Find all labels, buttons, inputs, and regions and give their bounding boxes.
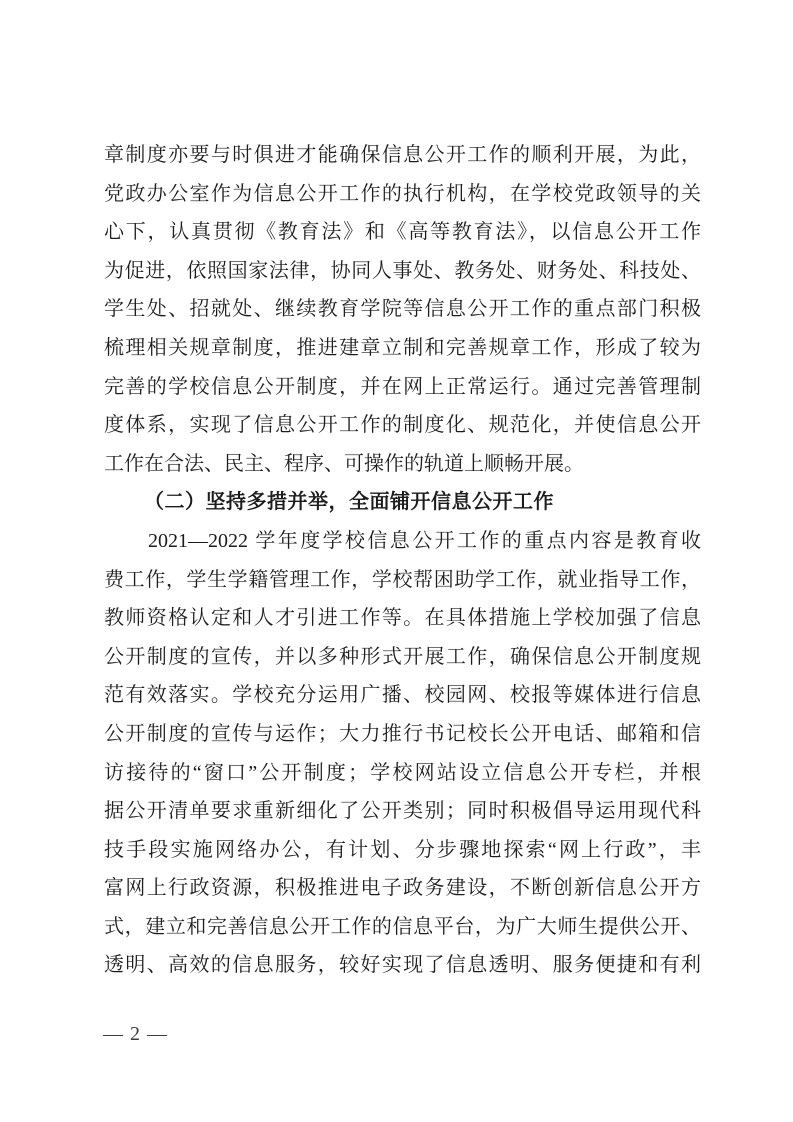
text-line: 式，建立和完善信息公开工作的信息平台，为广大师生提供公开、: [104, 908, 701, 947]
text-line: 透明、高效的信息服务，较好实现了信息透明、服务便捷和有利: [104, 946, 701, 985]
text-line: 工作在合法、民主、程序、可操作的轨道上顺畅开展。: [104, 445, 701, 484]
text-line: 费工作，学生学籍管理工作，学校帮困助学工作，就业指导工作，: [104, 561, 701, 600]
page-number: — 2 —: [103, 1022, 168, 1046]
text-line: 章制度亦要与时俱进才能确保信息公开工作的顺利开展，为此，: [104, 136, 701, 175]
text-line: 范有效落实。学校充分运用广播、校园网、校报等媒体进行信息: [104, 676, 701, 715]
text-line: 公开制度的宣传与运作；大力推行书记校长公开电话、邮箱和信: [104, 715, 701, 754]
text-line: 访接待的“窗口”公开制度；学校网站设立信息公开专栏，并根: [104, 754, 701, 793]
text-line: 完善的学校信息公开制度，并在网上正常运行。通过完善管理制: [104, 368, 701, 407]
text-line: 度体系，实现了信息公开工作的制度化、规范化，并使信息公开: [104, 406, 701, 445]
text-line: 为促进，依照国家法律，协同人事处、教务处、财务处、科技处、: [104, 252, 701, 291]
text-line: 党政办公室作为信息公开工作的执行机构，在学校党政领导的关: [104, 175, 701, 214]
text-line: 心下，认真贯彻《教育法》和《高等教育法》，以信息公开工作: [104, 213, 701, 252]
text-line: 梳理相关规章制度，推进建章立制和完善规章工作，形成了较为: [104, 329, 701, 368]
text-line: 公开制度的宣传，并以多种形式开展工作，确保信息公开制度规: [104, 638, 701, 677]
text-line: 富网上行政资源，积极推进电子政务建设，不断创新信息公开方: [104, 869, 701, 908]
text-line: 学生处、招就处、继续教育学院等信息公开工作的重点部门积极: [104, 290, 701, 329]
page-text-content: 章制度亦要与时俱进才能确保信息公开工作的顺利开展，为此， 党政办公室作为信息公开…: [104, 136, 701, 985]
text-line: 教师资格认定和人才引进工作等。在具体措施上学校加强了信息: [104, 599, 701, 638]
text-line: 2021—2022 学年度学校信息公开工作的重点内容是教育收: [104, 522, 701, 561]
section-heading: （二）坚持多措并举，全面铺开信息公开工作: [104, 483, 701, 522]
text-line: 据公开清单要求重新细化了公开类别；同时积极倡导运用现代科: [104, 792, 701, 831]
text-line: 技手段实施网络办公，有计划、分步骤地探索“网上行政”，丰: [104, 831, 701, 870]
document-page: 章制度亦要与时俱进才能确保信息公开工作的顺利开展，为此， 党政办公室作为信息公开…: [0, 0, 793, 1122]
